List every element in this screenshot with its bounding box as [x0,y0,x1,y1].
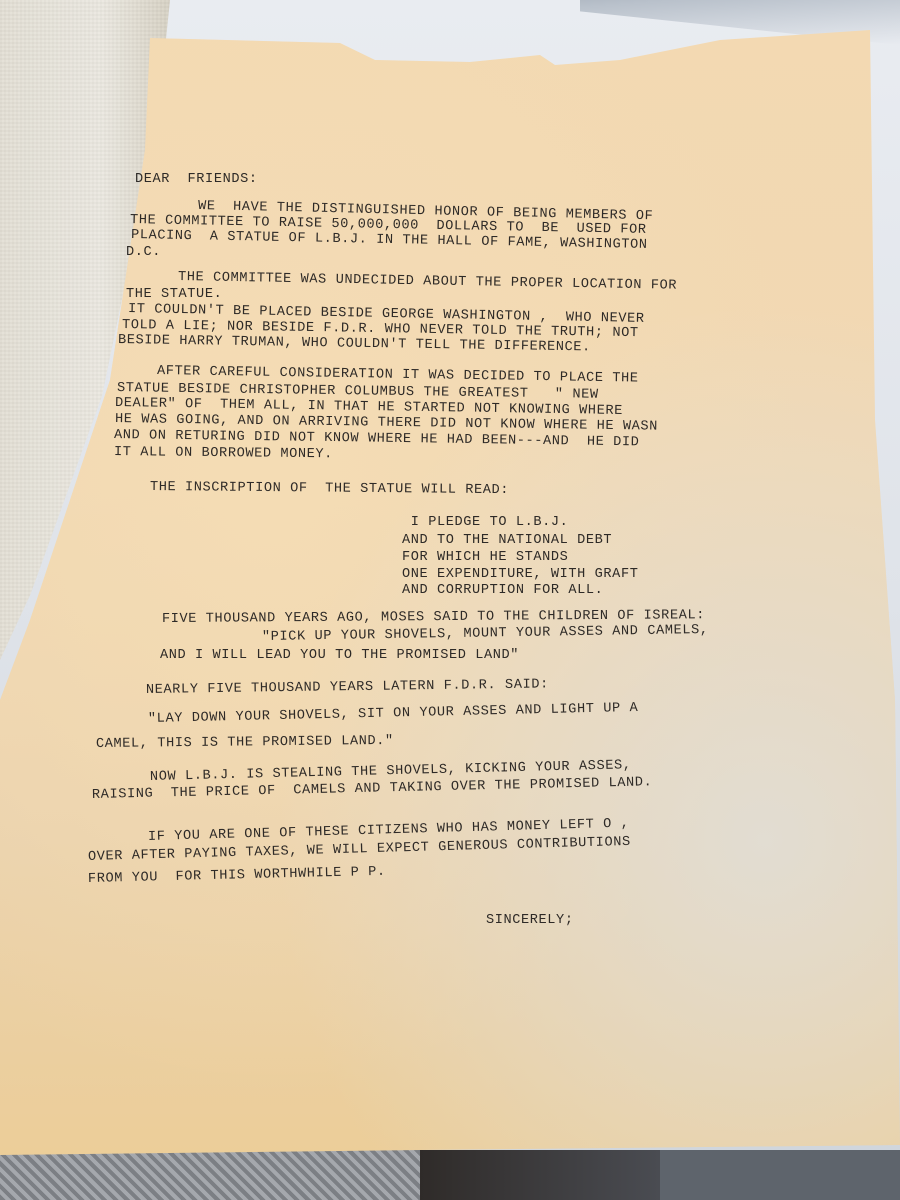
typewritten-letter: DEAR FRIENDS: WE HAVE THE DISTINGUISHED … [0,0,900,1200]
letter-line: CAMEL, THIS IS THE PROMISED LAND." [96,734,394,752]
inscription-line: AND TO THE NATIONAL DEBT [402,533,612,548]
inscription-line: FOR WHICH HE STANDS [402,550,568,565]
letter-line: THE STATUE. [126,287,222,302]
letter-line: THE COMMITTEE WAS UNDECIDED ABOUT THE PR… [178,270,677,294]
letter-line: "LAY DOWN YOUR SHOVELS, SIT ON YOUR ASSE… [148,701,639,727]
letter-line: "PICK UP YOUR SHOVELS, MOUNT YOUR ASSES … [262,623,709,645]
inscription-line: I PLEDGE TO L.B.J. [402,515,568,530]
letter-line: D.C. [126,245,161,260]
inscription-line: AND CORRUPTION FOR ALL. [402,583,603,598]
closing: SINCERELY; [486,913,574,928]
letter-line: THE INSCRIPTION OF THE STATUE WILL READ: [150,480,509,498]
letter-line: NEARLY FIVE THOUSAND YEARS LATERN F.D.R.… [146,677,549,698]
letter-line: IT ALL ON BORROWED MONEY. [114,445,333,462]
letter-line: AND I WILL LEAD YOU TO THE PROMISED LAND… [160,648,519,663]
salutation: DEAR FRIENDS: [135,172,258,187]
inscription-line: ONE EXPENDITURE, WITH GRAFT [402,567,638,582]
letter-line: FROM YOU FOR THIS WORTHWHILE P P. [88,865,386,887]
